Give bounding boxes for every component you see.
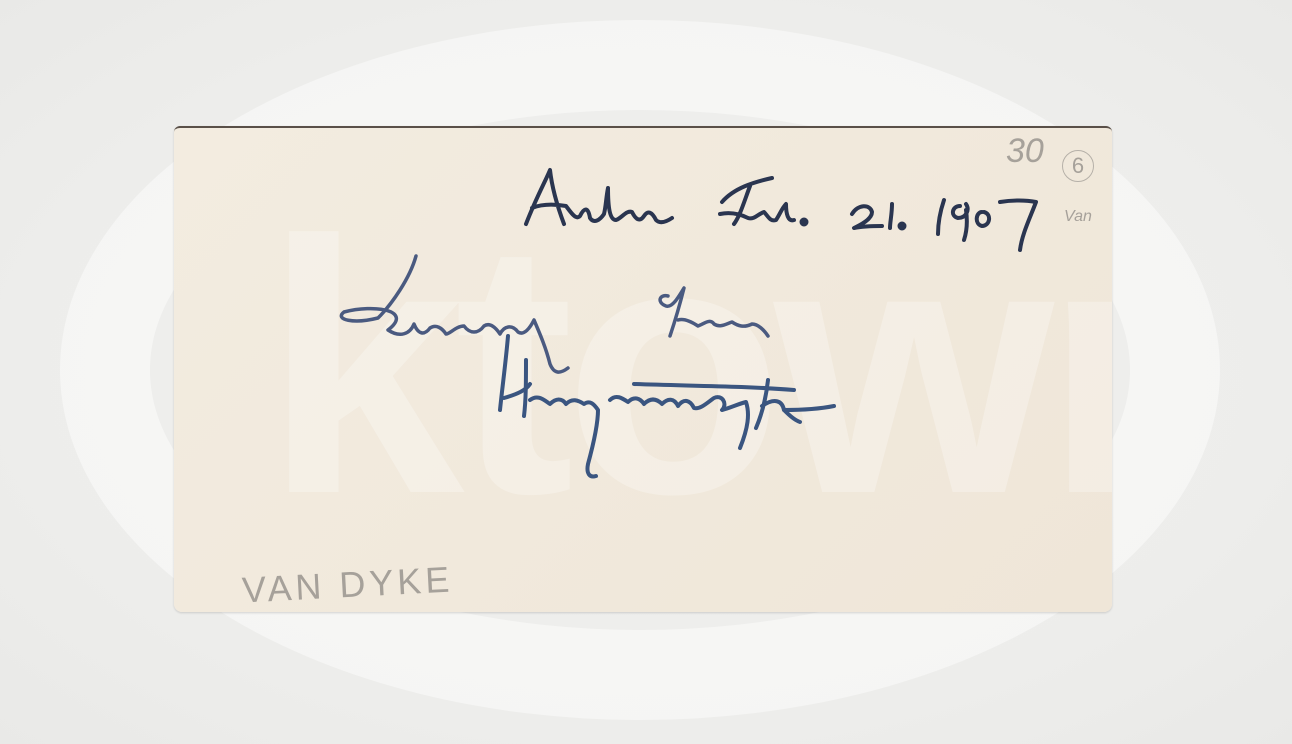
pencil-margin-note: Van	[1064, 208, 1092, 226]
pencil-name-note: VAN DYKE	[241, 558, 454, 611]
pencil-price: 30	[1006, 132, 1044, 171]
watermark-text: ktown	[264, 188, 1112, 548]
handwriting-strokes	[174, 128, 1112, 612]
photo-backdrop: ktown	[0, 0, 1292, 744]
pencil-circled-mark: 6	[1062, 150, 1094, 182]
autograph-card: ktown	[174, 126, 1112, 612]
